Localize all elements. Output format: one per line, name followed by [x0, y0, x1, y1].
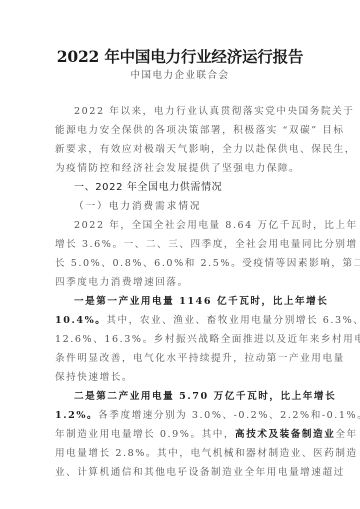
- paragraph-line: 用电量增长 2.8%。其中，电气机械和器材制造业、医药制造: [55, 444, 307, 463]
- paragraph-line: 12.6%、16.3%。乡村振兴战略全面推进以及近年来乡村用电: [55, 330, 307, 349]
- text: 全年: [335, 429, 357, 440]
- paragraph-line: 2022 年，全国全社会用电量 8.64 万亿千瓦时，比上年: [55, 216, 307, 235]
- paragraph-line: 年制造业用电量增长 0.9%。其中，高技术及装备制造业全年: [55, 425, 307, 444]
- text: 其中，农业、渔业、畜牧业用电量分别增长 6.3%、: [106, 315, 360, 326]
- text: 各季度增速分别为 3.0%、-0.2%、2.2%和-0.1%。2022: [98, 410, 360, 421]
- bold-text: 1.2%。: [55, 410, 98, 421]
- subsection-heading: （一）电力消费需求情况: [55, 197, 307, 216]
- document-body: 2022 年以来，电力行业认真贯彻落实党中央国务院关于 能源电力安全保供的各项决…: [55, 102, 307, 482]
- paragraph-line: 四季度电力消费增速回落。: [55, 273, 307, 292]
- paragraph-line: 10.4%。其中，农业、渔业、畜牧业用电量分别增长 6.3%、: [55, 311, 307, 330]
- intro-line: 能源电力安全保供的各项决策部署，积极落实 “双碳” 目标: [55, 121, 307, 140]
- paragraph-line: 增长 3.6%。一、二、三、四季度，全社会用电量同比分别增: [55, 235, 307, 254]
- paragraph-line: 保持快速增长。: [55, 368, 307, 387]
- bold-text: 高技术及装备制造业: [235, 429, 335, 440]
- section-heading: 一、2022 年全国电力供需情况: [55, 178, 307, 197]
- bold-text: 10.4%。: [55, 315, 106, 326]
- page-number: 1: [0, 467, 360, 475]
- intro-line: 为疫情防控和经济社会发展提供了坚强电力保障。: [55, 159, 307, 178]
- intro-line: 新要求，有效应对极端天气影响，全力以赴保供电、保民生，: [55, 140, 307, 159]
- document-page: 2022 年中国电力行业经济运行报告 中国电力企业联合会 2022 年以来，电力…: [0, 0, 360, 509]
- paragraph-line: 1.2%。各季度增速分别为 3.0%、-0.2%、2.2%和-0.1%。2022: [55, 406, 307, 425]
- intro-line: 2022 年以来，电力行业认真贯彻落实党中央国务院关于: [55, 102, 307, 121]
- page-title: 2022 年中国电力行业经济运行报告: [0, 47, 360, 67]
- text: 年制造业用电量增长 0.9%。其中，: [55, 429, 235, 440]
- paragraph-lead-bold: 一是第一产业用电量 1146 亿千瓦时，比上年增长: [55, 292, 307, 311]
- author-organization: 中国电力企业联合会: [0, 69, 360, 83]
- paragraph-lead-bold: 二是第二产业用电量 5.70 万亿千瓦时，比上年增长: [55, 387, 307, 406]
- paragraph-line: 长 5.0%、0.8%、6.0%和 2.5%。受疫情等因素影响，第二、: [55, 254, 307, 273]
- paragraph-line: 条件明显改善，电气化水平持续提升，拉动第一产业用电量: [55, 349, 307, 368]
